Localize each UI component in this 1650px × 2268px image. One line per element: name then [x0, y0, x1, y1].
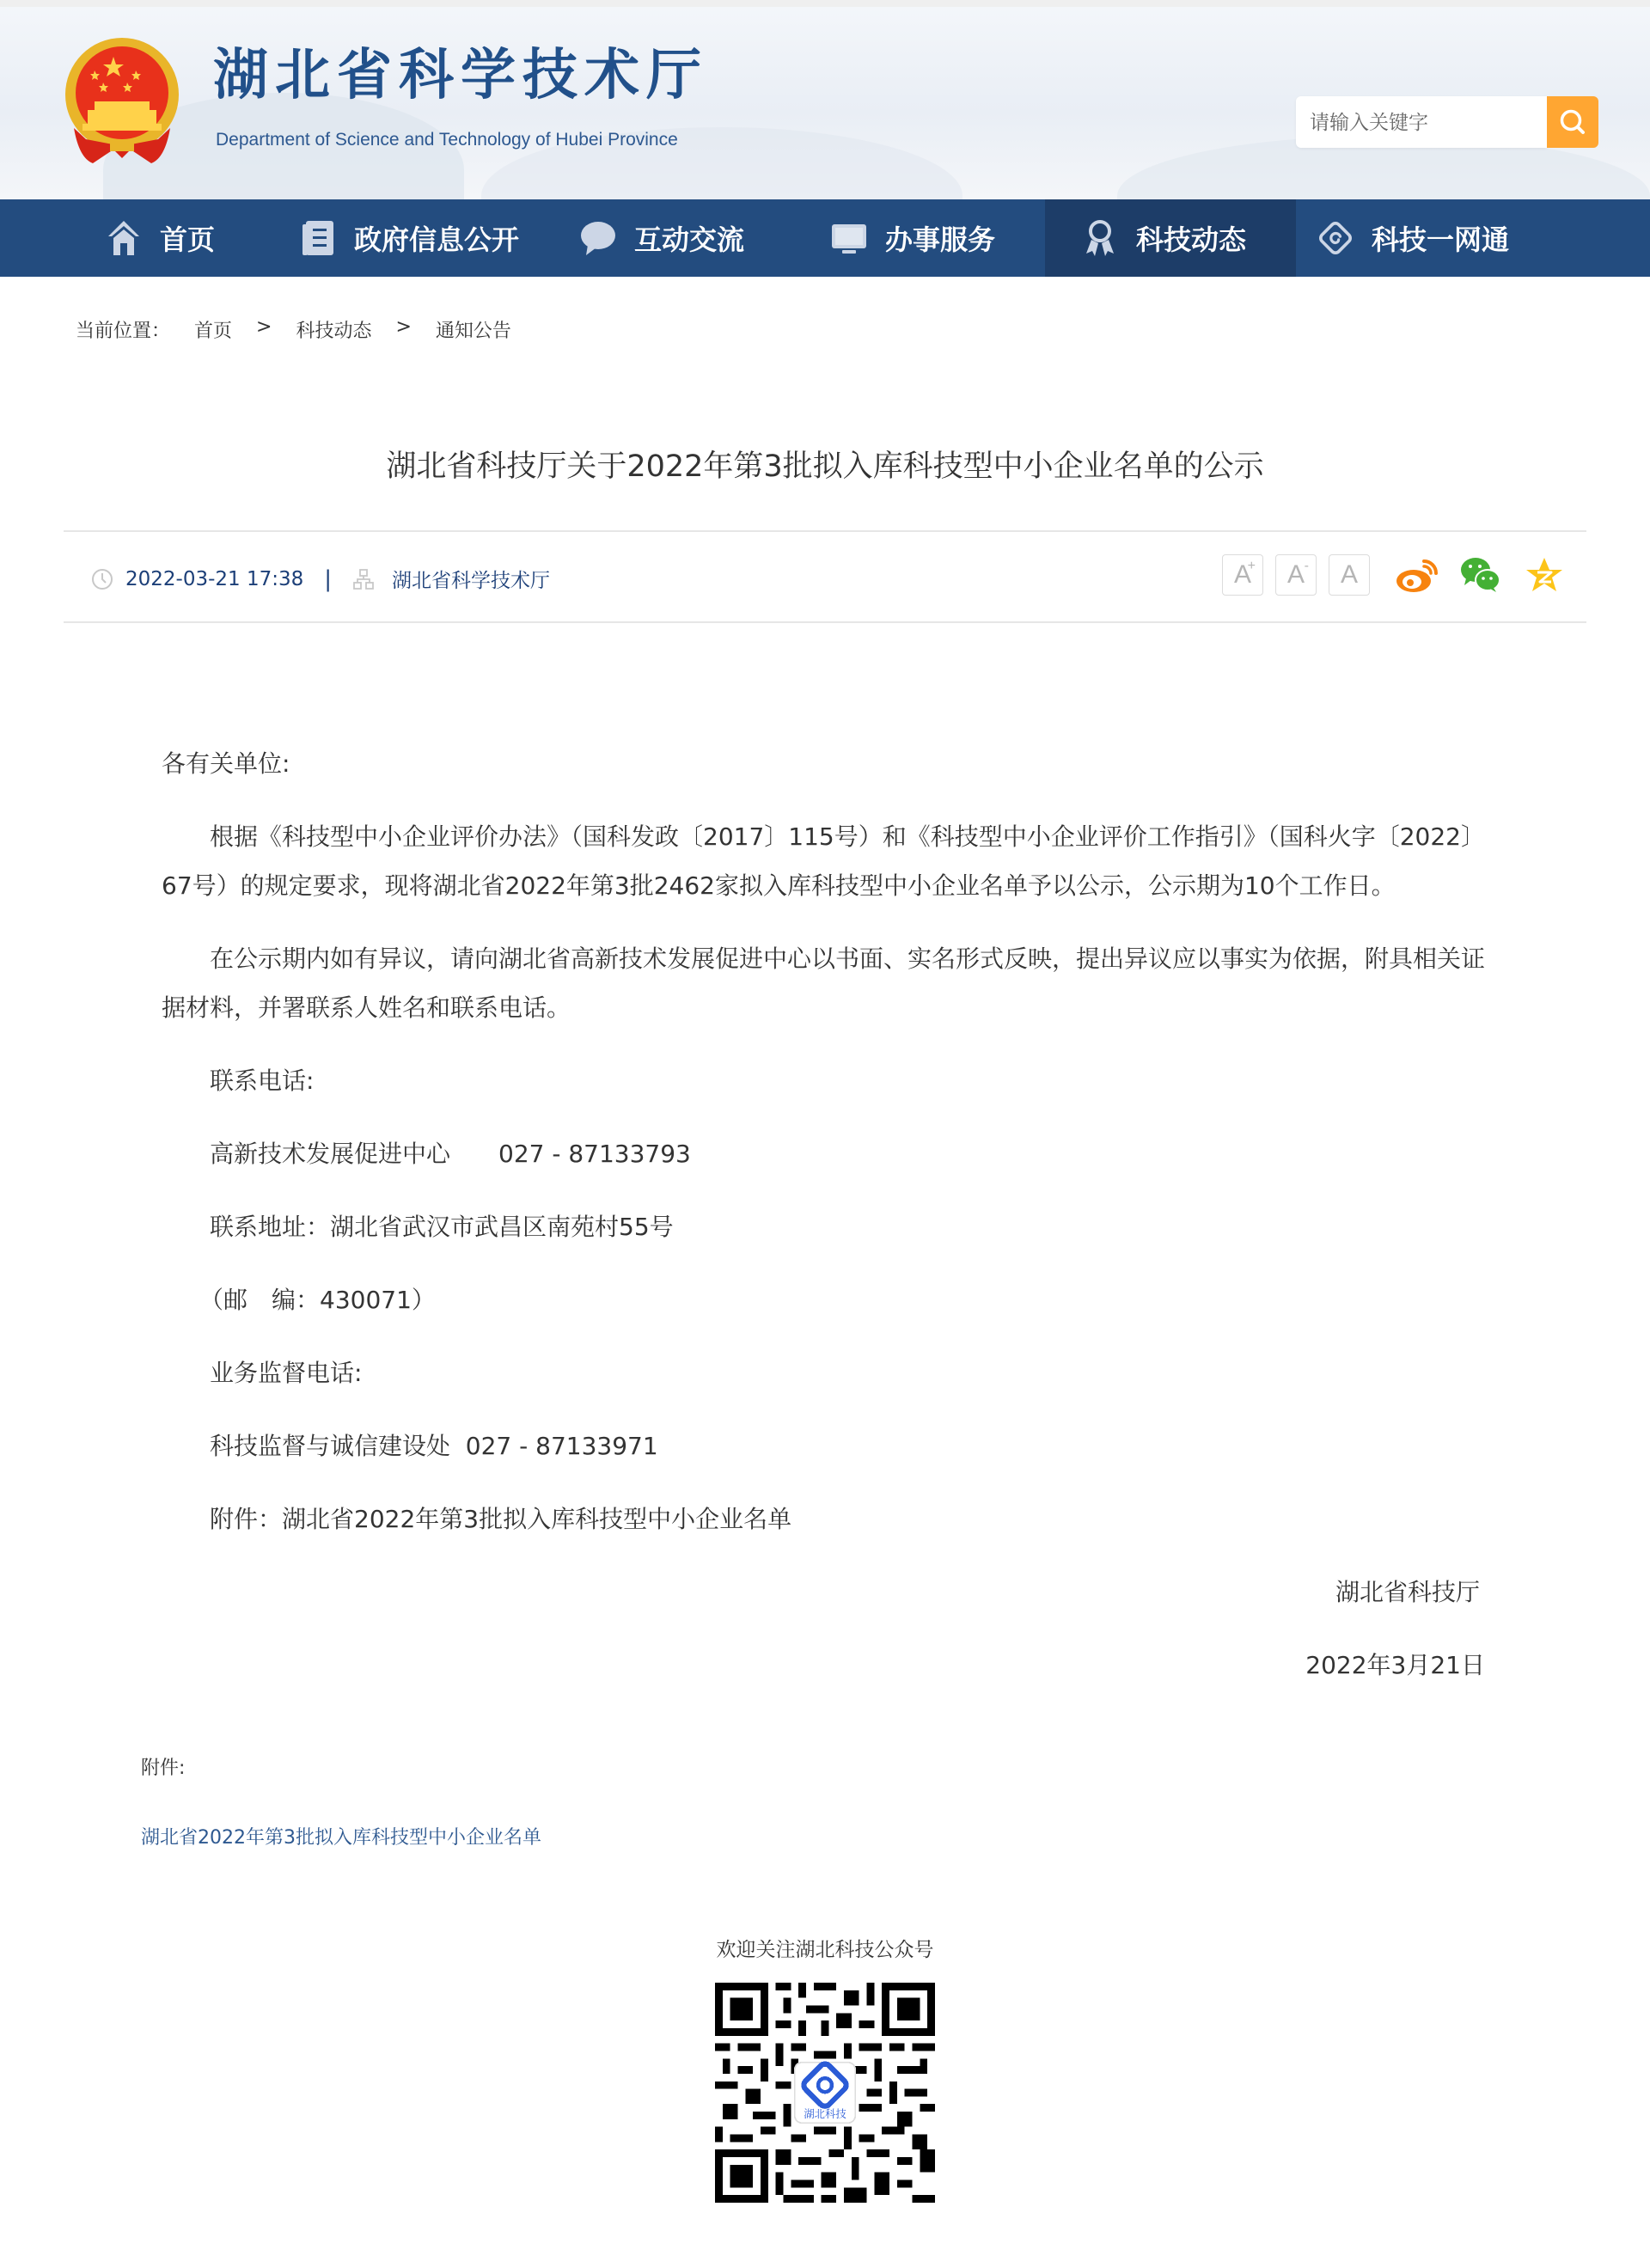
- attachments-label: 附件:: [141, 1753, 541, 1780]
- attachment-mention: 附件：湖北省2022年第3批拟入库科技型中小企业名单: [162, 1495, 1485, 1544]
- chat-bubble-icon: [579, 219, 617, 257]
- share-qzone-button[interactable]: [1521, 549, 1567, 601]
- share-wechat-button[interactable]: [1457, 549, 1504, 601]
- breadcrumb-prefix: 当前位置：: [76, 316, 170, 343]
- share-buttons: [1394, 549, 1567, 601]
- font-increase-button[interactable]: A+: [1222, 554, 1263, 596]
- attachments-section: 附件: 湖北省2022年第3批拟入库科技型中小企业名单: [141, 1753, 541, 1849]
- postcode: （邮 编：430071）: [162, 1275, 1485, 1324]
- supervision-label: 业务监督电话:: [162, 1348, 1485, 1397]
- font-letter: A: [1341, 560, 1358, 590]
- nav-label: 首页: [160, 218, 215, 258]
- nav-label: 政府信息公开: [354, 218, 519, 258]
- search-button[interactable]: [1547, 96, 1598, 148]
- breadcrumb-notices[interactable]: 通知公告: [436, 316, 511, 343]
- top-strip: [0, 0, 1650, 7]
- qr-code-icon: 湖北科技: [715, 1983, 935, 2203]
- attachment-link[interactable]: 湖北省2022年第3批拟入库科技型中小企业名单: [141, 1823, 541, 1849]
- body-paragraph: 根据《科技型中小企业评价办法》（国科发政〔2017〕115号）和《科技型中小企业…: [162, 812, 1485, 910]
- home-icon: [105, 219, 143, 257]
- search-bar: [1296, 96, 1598, 150]
- contact-phone: 高新技术发展促进中心 027 - 87133793: [162, 1129, 1485, 1178]
- site-subtitle: Department of Science and Technology of …: [216, 130, 678, 150]
- nav-item-home[interactable]: 首页: [105, 199, 215, 277]
- contact-label: 联系电话:: [162, 1056, 1485, 1105]
- nav-label: 科技动态: [1136, 218, 1246, 258]
- qr-logo-text: 湖北科技: [804, 2107, 846, 2120]
- font-reset-button[interactable]: A: [1329, 554, 1370, 596]
- article-meta-info: 2022-03-21 17:38 | 湖北省科学技术厅: [91, 565, 550, 593]
- site-title: 湖北省科学技术厅: [213, 48, 708, 103]
- nav-item-one-stop[interactable]: 科技一网通: [1317, 199, 1509, 277]
- breadcrumb-separator: >: [395, 316, 411, 343]
- nav-item-services[interactable]: 办事服务: [830, 199, 995, 277]
- weibo-icon: [1395, 556, 1439, 594]
- article-source: 湖北省科学技术厅: [392, 565, 550, 593]
- article-title: 湖北省科技厅关于2022年第3批拟入库科技型中小企业名单的公示: [0, 443, 1650, 486]
- breadcrumb: 当前位置： 首页 > 科技动态 > 通知公告: [76, 316, 511, 343]
- site-header: 湖北省科学技术厅 Department of Science and Techn…: [0, 7, 1650, 199]
- nav-label: 科技一网通: [1372, 218, 1509, 258]
- share-weibo-button[interactable]: [1394, 549, 1440, 601]
- qzone-icon: [1525, 556, 1564, 594]
- meta-separator: |: [324, 566, 332, 592]
- breadcrumb-home[interactable]: 首页: [194, 316, 232, 343]
- publish-datetime: 2022-03-21 17:38: [125, 568, 303, 590]
- org-structure-icon: [352, 568, 375, 590]
- monitor-icon: [830, 219, 868, 257]
- body-paragraph: 在公示期内如有异议，请向湖北省高新技术发展促进中心以书面、实名形式反映，提出异议…: [162, 934, 1485, 1032]
- breadcrumb-separator: >: [256, 316, 272, 343]
- nav-label: 互动交流: [634, 218, 744, 258]
- nav-item-interaction[interactable]: 互动交流: [579, 199, 744, 277]
- nav-item-gov-info[interactable]: 政府信息公开: [299, 199, 519, 277]
- minus-sign: -: [1305, 559, 1309, 574]
- document-icon: [299, 219, 337, 257]
- breadcrumb-tech-news[interactable]: 科技动态: [296, 316, 371, 343]
- nav-item-tech-news[interactable]: 科技动态: [1045, 199, 1296, 277]
- font-letter: A: [1287, 560, 1305, 590]
- search-input[interactable]: [1296, 96, 1547, 148]
- national-emblem-icon: [62, 38, 182, 167]
- signature-date: 2022年3月21日: [162, 1641, 1485, 1690]
- contact-address: 联系地址：湖北省武汉市武昌区南苑村55号: [162, 1202, 1485, 1251]
- article-meta-bar: 2022-03-21 17:38 | 湖北省科学技术厅 A+ A- A: [64, 530, 1586, 623]
- salutation: 各有关单位:: [162, 739, 1485, 788]
- font-decrease-button[interactable]: A-: [1275, 554, 1317, 596]
- qr-section: 欢迎关注湖北科技公众号 湖北科技: [670, 1934, 980, 2206]
- search-icon: [1558, 107, 1587, 137]
- supervision-phone: 科技监督与诚信建设处 027 - 87133971: [162, 1421, 1485, 1470]
- clock-icon: [91, 568, 113, 590]
- plus-sign: +: [1248, 559, 1256, 574]
- nav-label: 办事服务: [885, 218, 995, 258]
- award-ribbon-icon: [1081, 219, 1119, 257]
- article-body: 各有关单位: 根据《科技型中小企业评价办法》（国科发政〔2017〕115号）和《…: [162, 739, 1485, 1714]
- font-size-controls: A+ A- A: [1222, 554, 1370, 596]
- qr-caption: 欢迎关注湖北科技公众号: [670, 1934, 980, 1962]
- signature: 湖北省科技厅: [162, 1568, 1485, 1617]
- diamond-swirl-icon: [1317, 219, 1354, 257]
- wechat-icon: [1459, 556, 1502, 594]
- main-nav: 首页 政府信息公开 互动交流 办事服务 科技动态 科技一网通: [0, 199, 1650, 277]
